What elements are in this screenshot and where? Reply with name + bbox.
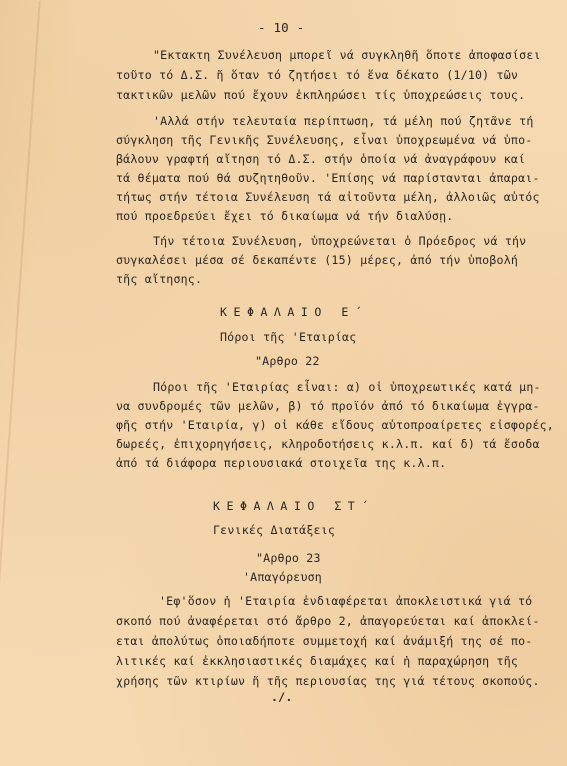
chapter-title: Πόροι τῆς 'Εταιρίας xyxy=(220,330,356,344)
text-line: να συνδρομές τῶν μελῶν, β) τό προϊόν ἀπό… xyxy=(116,399,540,413)
paper-fold-crease xyxy=(0,1,41,765)
chapter-heading: ΚΕΦΑΛΑΙΟ Ε΄ xyxy=(220,305,368,319)
text-line: λιτικές καί ἐκκλησιαστικές διαμάχες καί … xyxy=(116,654,518,668)
article-heading: "Αρθρο 23 xyxy=(256,551,321,565)
text-line: τήτως στήν τέτοια Συνέλευση τά αἰτοῦντα … xyxy=(116,190,540,204)
text-line: Πόροι τῆς 'Εταιρίας εἶναι: α) οἱ ὑποχρεω… xyxy=(153,380,541,394)
text-line: τά θέματα πού θά συζητηθοῦν. 'Επίσης νά … xyxy=(116,171,540,185)
text-line: συγκαλέσει μέσα σέ δεκαπέντε (15) μέρες,… xyxy=(116,253,518,267)
text-line: δωρεές, ἐπιχορηγήσεις, κληροδοτήσεις κ.λ… xyxy=(116,437,540,451)
article-heading: "Αρθρο 22 xyxy=(255,354,320,368)
text-line: ἀπό τά διάφορα περιουσιακά στοιχεῖα της … xyxy=(116,456,446,470)
chapter-title: Γενικές Διατάξεις xyxy=(213,523,335,537)
text-line: 'Αλλά στήν τελευταία περίπτωση, τά μέλη … xyxy=(153,114,534,128)
text-line: "Εκτακτη Συνέλευση μπορεῖ νά συγκληθῆ ὅπ… xyxy=(153,48,541,62)
text-line: 'Εφ'ὅσον ἡ 'Εταιρία ἐνδιαφέρεται ἀποκλει… xyxy=(159,594,532,608)
text-line: πού προεδρεύει ἔχει τό δικαίωμα νά τήν δ… xyxy=(116,209,453,223)
text-line: χρήσης τῶν κτιρίων ἤ τῆς περιουσίας της … xyxy=(116,674,540,688)
text-line: εται ἀπολύτως ὁποιαδήποτε συμμετοχή καί … xyxy=(116,634,532,648)
text-line: τοῦτο τό Δ.Σ. ἤ ὅταν τό ζητήσει τό ἕνα δ… xyxy=(116,68,518,82)
chapter-heading: ΚΕΦΑΛΑΙΟ ΣΤ΄ xyxy=(213,499,375,513)
end-mark: ./. xyxy=(271,690,293,704)
article-subtitle: 'Απαγόρευση xyxy=(243,570,322,584)
text-line: τῆς αἴτησης. xyxy=(116,272,202,286)
text-line: Τήν τέτοια Συνέλευση, ὑποχρεώνεται ὁ Πρό… xyxy=(153,234,526,248)
text-line: σκοπό πού ἀναφέρεται στό ἄρθρο 2, ἀπαγορ… xyxy=(116,614,540,628)
page-number: - 10 - xyxy=(258,21,304,35)
text-line: βάλουν γραφτή αἴτηση τό Δ.Σ. στήν ὁποία … xyxy=(116,152,525,166)
text-line: σύγκληση τῆς Γενικῆς Συνέλευσης, εἶναι ὑ… xyxy=(116,133,532,147)
text-line: τακτικῶν μελῶν πού ἔχουν ἐκπληρώσει τίς … xyxy=(116,88,525,102)
text-line: φῆς στήν 'Εταιρία, γ) οἱ κάθε εἴδους αὐτ… xyxy=(116,418,554,432)
